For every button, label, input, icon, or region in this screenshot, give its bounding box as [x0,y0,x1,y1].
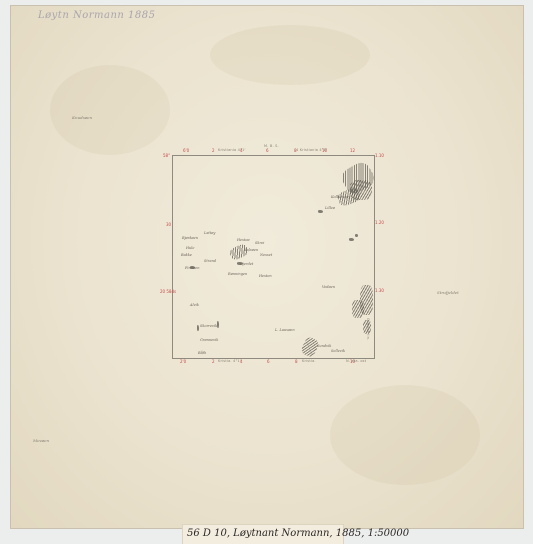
place-label-movoen: Movøen [33,438,49,443]
place-label: Nesset [260,253,272,257]
graticule-tick: 2 [212,148,215,153]
coastline-hatching [352,300,364,318]
place-label: Strand [204,259,216,263]
frame-label-top: M. B. S. [264,144,279,148]
place-label: Bjørkøen [182,236,198,240]
place-label: Lattøy [204,231,215,235]
island [217,321,219,328]
graticule-tick: 58° [163,153,170,158]
graticule-tick: 8 [295,359,298,364]
place-label: Kalvøen [244,248,258,252]
place-label: Alvik [190,303,199,307]
graticule-tick: 2'0 [180,359,186,364]
place-label: Grønnevik [200,338,218,342]
place-label: Hesteø [237,238,250,242]
frame-label-top: Kristiania 4°1' [218,148,246,152]
place-label-knudsoen: Knudsøen [72,115,92,120]
graticule-tick: 1.20 [375,220,384,225]
coastline-hatching [363,320,371,334]
place-label: Hule [186,246,195,250]
place-label: Skorrevik [200,324,217,328]
place-label: Lilleø [325,206,335,210]
graticule-tick: 6'0 [183,148,189,153]
place-label: Bakke [181,253,192,257]
frame-label-bottom: N. ata. ost [346,359,366,363]
graticule-tick: 1.30 [375,288,384,293]
place-label: L. Lauvøen [275,328,295,332]
place-label: Finnøen [185,266,200,270]
graticule-tick: 30 [166,222,171,227]
place-label: Sundvik [317,344,331,348]
frame-label-top: 4 Kristiania 4°8' [296,148,327,152]
graticule-tick: 6 [266,148,269,153]
graticule-tick: 12 [350,148,355,153]
graticule-tick: 6 [267,359,270,364]
place-label-strufjeldet: Strufjeldet [437,290,459,295]
place-label: Sellevik [331,349,345,353]
frame-label-bottom: Kristia. 4°1' [218,359,241,363]
frame-label-bottom: Kristia. [302,359,316,363]
place-label: Vedøen [322,285,335,289]
paper-stain [50,65,170,155]
island [197,325,199,331]
pencil-signature: Løytn Normann 1885 [38,10,155,21]
catalogue-label-text: 56 D 10, Løytnant Normann, 1885, 1:50000 [187,528,409,539]
place-label: Båth [198,351,206,355]
place-label: Rønningen [228,272,247,276]
island [318,210,323,213]
place-label: Gjerdet [240,262,253,266]
island [349,238,354,241]
graticule-tick: 20 58ds [160,289,176,294]
graticule-tick: 2 [212,359,215,364]
place-label: Skrei [255,241,264,245]
place-label: Kolbeinsøy [331,195,350,199]
paper-stain [210,25,370,85]
place-label: Hesten [259,274,272,278]
island [355,234,358,237]
paper-stain [330,385,480,485]
graticule-tick: 1.10 [375,153,384,158]
catalogue-label: 56 D 10, Løytnant Normann, 1885, 1:50000 [183,525,343,544]
